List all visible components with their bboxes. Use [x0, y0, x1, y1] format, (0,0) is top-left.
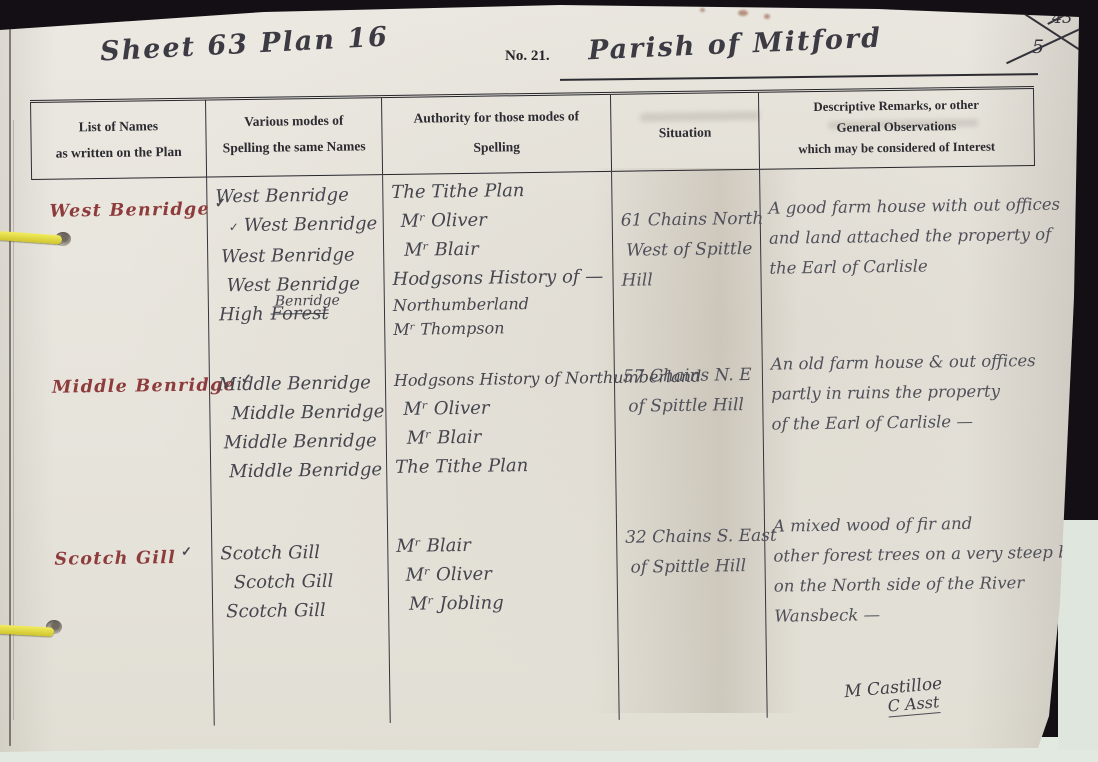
authority-entry: Mʳ Oliver: [397, 558, 616, 590]
check-mark-icon: ✓: [229, 220, 239, 234]
authority-cell: Mʳ BlairMʳ OliverMʳ Jobling: [388, 520, 620, 723]
signature-title: C Asst: [887, 692, 940, 717]
register-page: Sheet 63 Plan 16 No. 21. Parish of Mitfo…: [0, 0, 1098, 762]
inserted-word: Benridge: [275, 287, 340, 317]
remarks-line: and land attached the property of: [761, 220, 1036, 254]
spelling-entry: West Benridge: [213, 240, 383, 271]
spelling-entry: Scotch Gill: [226, 566, 388, 597]
spelling-text: High: [219, 304, 264, 326]
header-line: Spelling: [383, 131, 611, 164]
spelling-entry: Middle Benridge: [210, 368, 385, 399]
authority-entry: Northumberland: [385, 291, 613, 318]
spelling-text: West Benridge: [244, 213, 378, 236]
spelling-entry: HighForestBenridge: [211, 298, 384, 329]
parish-underline: [560, 73, 1038, 81]
authority-entry: Mʳ Blair: [388, 529, 616, 561]
remarks-line: partly in ruins the property: [763, 376, 1038, 410]
header-line: Various modes of: [206, 107, 381, 135]
remarks-cell: A good farm house with out officesand la…: [760, 166, 1038, 358]
spellings-cell: Scotch GillScotch GillScotch Gill: [212, 523, 391, 725]
cross-out-stroke: [1006, 22, 1094, 64]
table-body: West Benridge✓West Benridge✓West Benridg…: [31, 166, 1043, 728]
authority-cell: The Tithe PlanMʳ OliverMʳ BlairHodgsons …: [383, 172, 615, 363]
parish-title: Parish of Mitford: [587, 24, 882, 67]
foxing-spot: [738, 10, 748, 16]
header-line: Spelling the same Names: [207, 133, 382, 161]
authority-entry: Mʳ Jobling: [401, 587, 617, 619]
situation-line: 61 Chains North: [613, 204, 760, 236]
situation-line: West of Spittle: [618, 234, 760, 266]
remarks-line: Wansbeck —: [766, 598, 1041, 632]
table-header-row: List of Names as written on the Plan Var…: [30, 86, 1035, 180]
header-line: List of Names: [31, 113, 205, 141]
spellings-cell: Middle BenridgeMiddle BenridgeMiddle Ben…: [210, 363, 388, 525]
place-name: Middle Benridge✓: [34, 376, 209, 398]
remarks-line: other forest trees on a very steep bank: [765, 538, 1040, 572]
place-name: West Benridge✓: [31, 200, 206, 222]
authority-entry: The Tithe Plan: [383, 175, 611, 207]
column-header-spelling: Various modes of Spelling the same Names: [206, 98, 383, 176]
spelling-text: Middle Benridge: [218, 372, 371, 395]
remarks-cell: An old farm house & out officespartly in…: [763, 354, 1040, 518]
table-row: Middle Benridge✓Middle BenridgeMiddle Be…: [34, 354, 1040, 528]
spelling-text: Middle Benridge: [231, 401, 384, 424]
page-no-label: No. 21.: [505, 48, 550, 65]
authority-entry: Mʳ Blair: [399, 421, 615, 453]
remarks-line: A mixed wood of fir and: [765, 508, 1040, 542]
authority-entry: Mʳ Oliver: [395, 392, 614, 424]
scanner-bed-right: [1058, 520, 1098, 750]
remarks-line: A good farm house with out offices: [760, 190, 1035, 224]
spelling-text: Middle Benridge: [229, 459, 382, 482]
authority-cell: Hodgsons History of NorthumberlandMʳ Oli…: [386, 360, 617, 523]
header-line: Situation: [611, 119, 758, 147]
spelling-text: Scotch Gill: [220, 542, 320, 564]
authority-entry: Hodgsons History of —: [384, 262, 612, 294]
authority-entry: The Tithe Plan: [387, 450, 615, 482]
column-header-situation: Situation: [611, 93, 760, 171]
header-line: which may be considered of Interest: [760, 136, 1034, 161]
header-line: as written on the Plan: [32, 139, 206, 167]
sheet-plan-title: Sheet 63 Plan 16: [99, 22, 389, 67]
spelling-entry: West Benridge: [207, 180, 382, 211]
spelling-entry: Middle Benridge: [221, 455, 386, 486]
spelling-entry: ✓West Benridge: [221, 209, 383, 242]
place-name-text: Middle Benridge: [52, 375, 236, 398]
remarks-line: An old farm house & out offices: [763, 346, 1038, 380]
situation-line: Hill: [613, 264, 760, 296]
spelling-entry: Scotch Gill: [212, 537, 387, 568]
header-line: Authority for those modes of: [382, 101, 610, 134]
table-row: West Benridge✓West Benridge✓West Benridg…: [31, 166, 1038, 368]
remarks-line: of the Earl of Carlisle —: [763, 406, 1038, 440]
scanned-page-photo: Sheet 63 Plan 16 No. 21. Parish of Mitfo…: [0, 0, 1098, 762]
situation-cell: 57 Chains N. Eof Spittle Hill: [615, 358, 765, 520]
authority-entry: Hodgsons History of Northumberland: [386, 363, 614, 395]
column-header-authority: Authority for those modes of Spelling: [382, 95, 612, 174]
authority-entry: Mʳ Oliver: [393, 204, 612, 236]
situation-line: of Spittle Hill: [620, 390, 762, 422]
name-book-table: List of Names as written on the Plan Var…: [30, 86, 1043, 728]
spelling-text: West Benridge: [215, 185, 349, 208]
column-header-names: List of Names as written on the Plan: [30, 101, 207, 179]
situation-line: of Spittle Hill: [622, 551, 764, 583]
spelling-text: Middle Benridge: [224, 430, 377, 453]
column-header-remarks: Descriptive Remarks, or other General Ob…: [759, 89, 1035, 169]
authority-entry: Mʳ Thompson: [385, 315, 613, 342]
situation-line: 57 Chains N. E: [615, 360, 762, 392]
check-mark-icon: ✓: [181, 545, 193, 560]
foxing-spot: [700, 8, 705, 12]
place-name: Scotch Gill✓: [36, 548, 211, 570]
spelling-text: Scotch Gill: [234, 571, 334, 593]
name-cell: Scotch Gill✓: [36, 526, 215, 728]
situation-cell: 61 Chains NorthWest of SpittleHill: [612, 170, 763, 360]
name-cell: Middle Benridge✓: [34, 366, 212, 528]
situation-line: 32 Chains S. East: [617, 521, 764, 553]
place-name-text: Scotch Gill: [54, 548, 176, 570]
place-name-text: West Benridge: [49, 199, 210, 221]
page-stack-edge: [9, 28, 11, 746]
authority-entry: Mʳ Blair: [396, 233, 612, 265]
spelling-entry: Middle Benridge: [216, 426, 386, 457]
spelling-entry: Middle Benridge: [223, 397, 385, 428]
spellings-cell: West Benridge✓West BenridgeWest Benridge…: [207, 175, 386, 365]
remarks-line: on the North side of the River: [766, 568, 1041, 602]
spelling-text: Scotch Gill: [226, 600, 326, 622]
situation-cell: 32 Chains S. Eastof Spittle Hill: [617, 518, 768, 720]
remarks-line: the Earl of Carlisle: [761, 250, 1036, 284]
spelling-entry: Scotch Gill: [218, 595, 388, 626]
name-cell: West Benridge✓: [31, 178, 210, 368]
spelling-text: West Benridge: [221, 244, 355, 267]
foxing-spot: [764, 14, 770, 19]
